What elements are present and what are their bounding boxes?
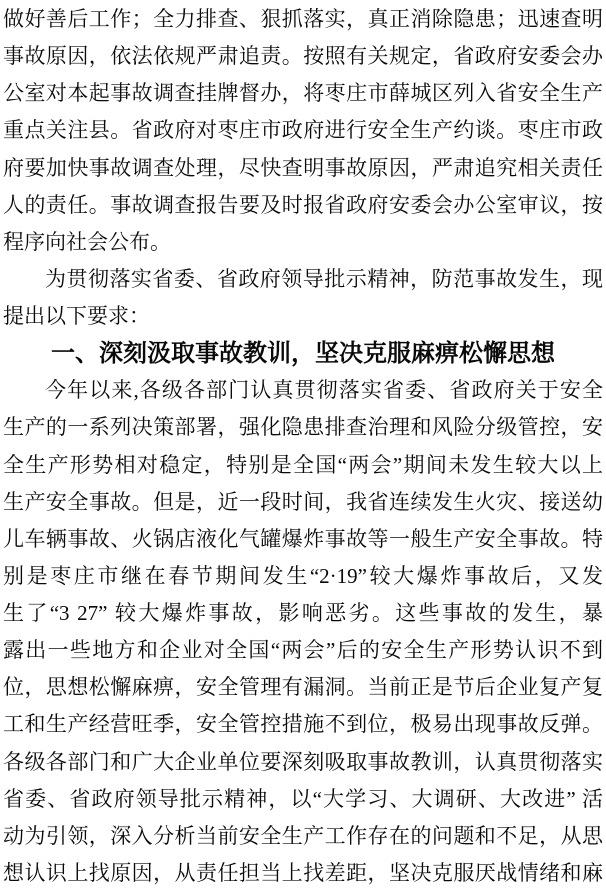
text-line: 位，思想松懈麻痹，安全管理有漏洞。当前正是节后企业复产复 bbox=[3, 669, 603, 706]
text-line: 各级各部门和广大企业单位要深刻吸取事故教训，认真贯彻落实 bbox=[3, 744, 603, 781]
text-line: 动为引领，深入分析当前安全生产工作存在的问题和不足，从思 bbox=[3, 818, 603, 855]
text-line: 省委、省政府领导批示精神，以“大学习、大调研、大改进” 活 bbox=[3, 781, 603, 818]
text-line: 全生产形势相对稳定，特别是全国“两会”期间未发生较大以上 bbox=[3, 447, 603, 484]
text-line: 程序向社会公布。 bbox=[3, 224, 603, 261]
text-line: 露出一些地方和企业对全国“两会”后的安全生产形势认识不到 bbox=[3, 632, 603, 669]
text-line: 今年以来,各级各部门认真贯彻落实省委、省政府关于安全 bbox=[3, 372, 603, 409]
text-line: 别是枣庄市继在春节期间发生“2·19”较大爆炸事故后，又发 bbox=[3, 558, 603, 595]
text-line: 生产安全事故。但是，近一段时间，我省连续发生火灾、接送幼 bbox=[3, 484, 603, 521]
text-line: 想认识上找原因，从责任担当上找差距，坚决克服厌战情绪和麻 bbox=[3, 855, 603, 892]
text-line: 事故原因，依法依规严肃追责。按照有关规定，省政府安委会办 bbox=[3, 38, 603, 75]
text-line: 人的责任。事故调查报告要及时报省政府安委会办公室审议，按 bbox=[3, 187, 603, 224]
text-line: 提出以下要求： bbox=[3, 298, 603, 335]
text-line: 公室对本起事故调查挂牌督办，将枣庄市薛城区列入省安全生产 bbox=[3, 75, 603, 112]
document-page: 做好善后工作；全力排查、狠抓落实，真正消除隐患；迅速查明 事故原因，依法依规严肃… bbox=[0, 0, 606, 892]
text-line: 为贯彻落实省委、省政府领导批示精神，防范事故发生，现 bbox=[3, 261, 603, 298]
text-line: 工和生产经营旺季，安全管控措施不到位，极易出现事故反弹。 bbox=[3, 706, 603, 743]
text-line: 儿车辆事故、火锅店液化气罐爆炸事故等一般生产安全事故。特 bbox=[3, 521, 603, 558]
section-heading: 一、深刻汲取事故教训，坚决克服麻痹松懈思想 bbox=[3, 335, 603, 372]
text-line: 府要加快事故调查处理，尽快查明事故原因，严肃追究相关责任 bbox=[3, 150, 603, 187]
text-line: 生了“3 27” 较大爆炸事故，影响恶劣。这些事故的发生，暴 bbox=[3, 595, 603, 632]
text-line: 生产的一系列决策部署，强化隐患排查治理和风险分级管控，安 bbox=[3, 409, 603, 446]
text-line: 做好善后工作；全力排查、狠抓落实，真正消除隐患；迅速查明 bbox=[3, 1, 603, 38]
text-line: 重点关注县。省政府对枣庄市政府进行安全生产约谈。枣庄市政 bbox=[3, 112, 603, 149]
